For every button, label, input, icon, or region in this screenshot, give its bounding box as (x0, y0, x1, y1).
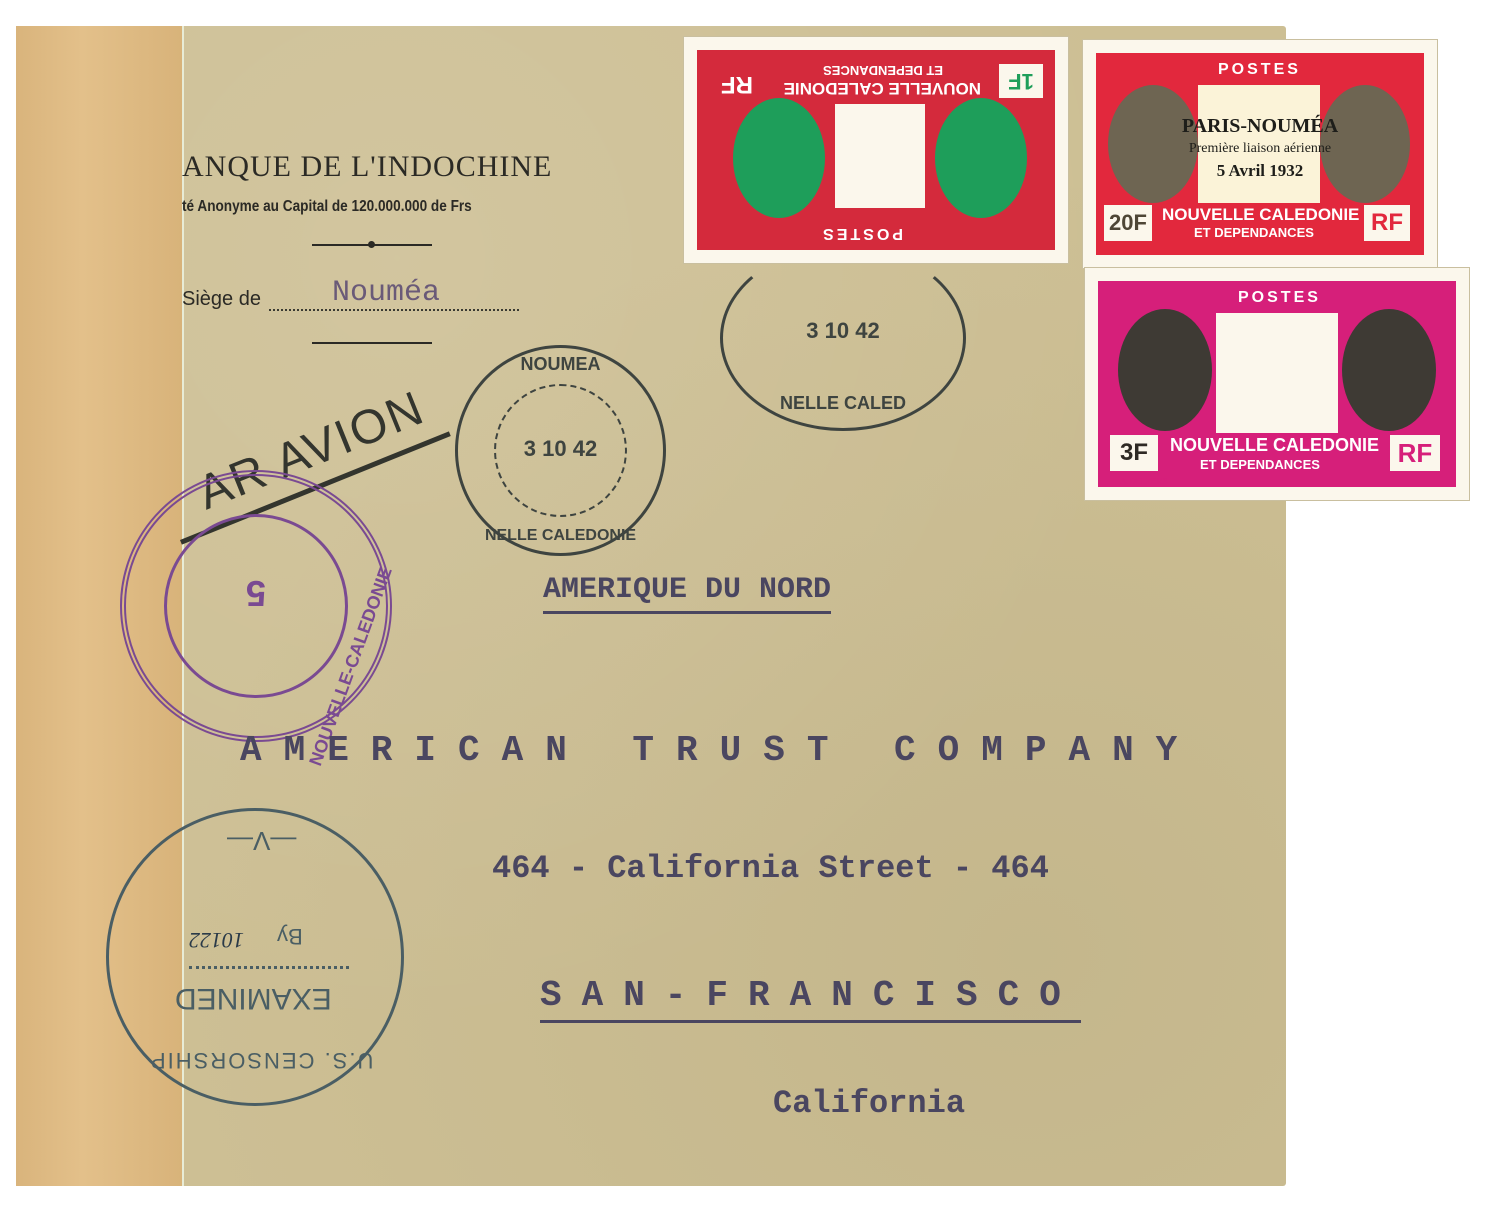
stamp-country-sub: ET DEPENDANCES (823, 63, 943, 78)
siege-city: Nouméa (332, 276, 440, 310)
postmark-noumea: NOUMEA 3 10 42 NELLE CALEDONIE (455, 345, 666, 556)
stamp-value: 3F (1110, 435, 1158, 471)
censor-mark-us: —V— U.S. CENSORSHIP By 10122 EXAMINED (106, 808, 404, 1106)
address-city: SAN-FRANCISCO (540, 975, 1081, 1023)
siege-line: Siège de Nouméa (182, 288, 519, 311)
postmark-noumea-2: 3 10 42 NELLE CALED (720, 245, 966, 431)
stamp-rf: RF (1390, 435, 1440, 471)
bank-name: ANQUE DE L'INDOCHINE (182, 150, 552, 184)
stamp-value: 20F (1104, 205, 1152, 241)
overprint-line-3: 5 Avril 1932 (1098, 161, 1422, 181)
ship-vignette-icon (1216, 313, 1338, 433)
postmark-city: NOUMEA (458, 354, 663, 375)
stamp-rf: RF (1364, 205, 1410, 241)
overprint-line-2: Première liaison aérienne (1098, 141, 1422, 157)
address-street: 464 - California Street - 464 (492, 850, 1049, 887)
postmark-date: 3 10 42 (723, 318, 963, 344)
stamp-header: POSTES (820, 224, 903, 242)
examiner-number: 10122 (189, 927, 244, 953)
ornament-divider (312, 244, 432, 246)
portrait-medallion-icon (935, 98, 1027, 218)
portrait-medallion-icon (1118, 309, 1212, 431)
stamp-designer: A. DELZERS (1120, 477, 1168, 486)
stamp-country-sub: ET DEPENDANCES (1200, 457, 1320, 472)
portrait-medallion-icon (733, 98, 825, 218)
address-region: AMERIQUE DU NORD (543, 573, 831, 614)
postmark-region: NELLE CALED (723, 393, 963, 414)
censor-by-label: By (277, 923, 303, 949)
censor-v-mark: —V— (227, 825, 296, 856)
postmark-date: 3 10 42 (458, 436, 663, 462)
censor-number: 5 (126, 572, 386, 614)
stamp-3f: POSTES 3F NOUVELLE CALEDONIE ET DEPENDAN… (1085, 268, 1469, 500)
address-state: California (773, 1085, 965, 1122)
address-recipient: AMERICAN TRUST COMPANY (240, 730, 1199, 771)
stamp-country: NOUVELLE CALEDONIE (1162, 205, 1359, 225)
stamp-1f: POSTES 1F NOUVELLE CALEDONIE ET DEPENDAN… (684, 37, 1068, 263)
portrait-medallion-icon (1342, 309, 1436, 431)
censor-ring-text: U.S. CENSORSHIP (149, 1047, 373, 1073)
censor-mark-local: 5 NOUVELLE-CALEDONIE (120, 470, 392, 742)
postmark-region: NELLE CALEDONIE (458, 527, 663, 545)
stamp-country: NOUVELLE CALEDONIE (1170, 435, 1379, 456)
ship-vignette-icon (835, 104, 925, 208)
stamp-header: POSTES (1238, 289, 1321, 307)
stamp-header: POSTES (1218, 61, 1301, 79)
siege-label: Siège de (182, 288, 261, 310)
rule-divider (312, 342, 432, 344)
censor-examined: EXAMINED (175, 981, 332, 1015)
stamp-country-sub: ET DEPENDANCES (1194, 225, 1314, 240)
stamp-value: 1F (999, 64, 1043, 98)
overprint-line-1: PARIS-NOUMÉA (1098, 115, 1422, 138)
stamp-rf: RF (721, 70, 753, 98)
letterhead: ANQUE DE L'INDOCHINE té Anonyme au Capit… (182, 150, 552, 216)
stamp-20f-overprint: POSTES PARIS-NOUMÉA Première liaison aér… (1083, 40, 1437, 268)
bank-subtitle: té Anonyme au Capital de 120.000.000 de … (182, 198, 497, 216)
stamp-country: NOUVELLE CALEDONIE (784, 78, 981, 98)
dotted-line (189, 966, 349, 969)
